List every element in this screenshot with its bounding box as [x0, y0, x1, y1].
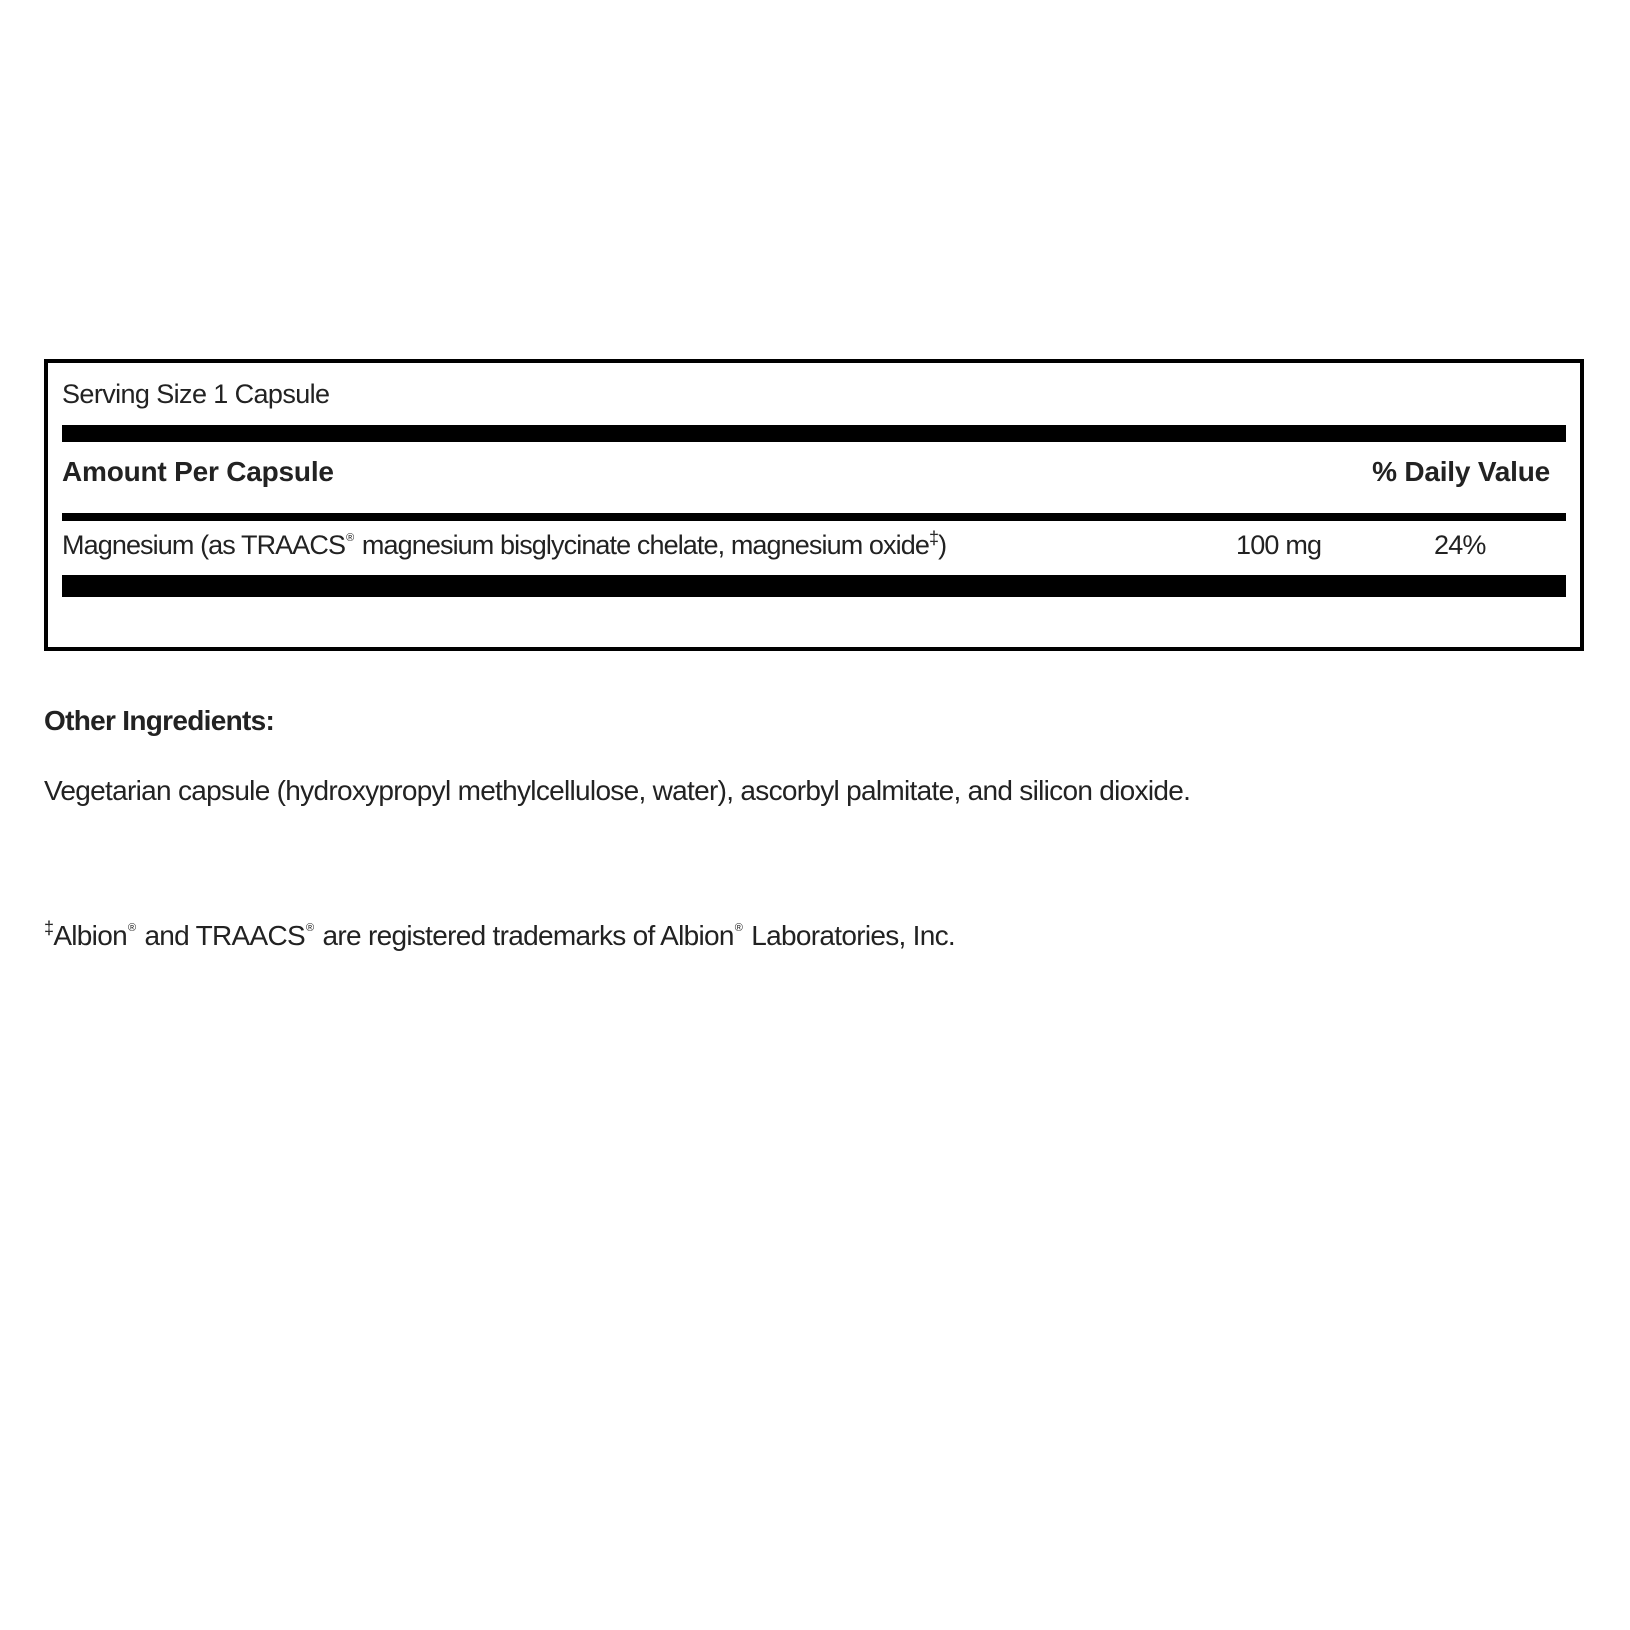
registered-mark: ®: [735, 922, 742, 934]
dagger-mark: ‡: [929, 528, 938, 548]
nutrient-amount: 100 mg: [1236, 530, 1321, 561]
supplement-facts-panel: Serving Size 1 Capsule Amount Per Capsul…: [44, 359, 1584, 651]
registered-mark: ®: [346, 532, 353, 544]
nutrient-name-part: magnesium bisglycinate chelate, magnesiu…: [355, 530, 929, 560]
divider-bar-thin: [62, 513, 1566, 521]
registered-mark: ®: [306, 922, 313, 934]
footnote-text: Albion: [53, 920, 127, 951]
header-amount-per-capsule: Amount Per Capsule: [62, 456, 334, 488]
nutrient-name-part: Magnesium (as TRAACS: [62, 530, 345, 560]
nutrient-name: Magnesium (as TRAACS® magnesium bisglyci…: [62, 530, 946, 561]
trademark-footnote: ‡Albion® and TRAACS® are registered trad…: [44, 920, 955, 952]
footnote-text: and TRAACS: [137, 920, 305, 951]
footnote-text: Laboratories, Inc.: [744, 920, 955, 951]
serving-size: Serving Size 1 Capsule: [62, 379, 329, 410]
nutrient-name-part: ): [938, 530, 946, 560]
footnote-text: are registered trademarks of Albion: [315, 920, 733, 951]
divider-bar-thick: [62, 575, 1566, 597]
divider-bar-thick: [62, 425, 1566, 442]
dagger-mark: ‡: [44, 918, 53, 938]
header-daily-value: % Daily Value: [1372, 456, 1550, 488]
nutrient-daily-value: 24%: [1434, 530, 1486, 561]
other-ingredients-title: Other Ingredients:: [44, 705, 274, 737]
registered-mark: ®: [128, 922, 135, 934]
other-ingredients-text: Vegetarian capsule (hydroxypropyl methyl…: [44, 775, 1190, 807]
